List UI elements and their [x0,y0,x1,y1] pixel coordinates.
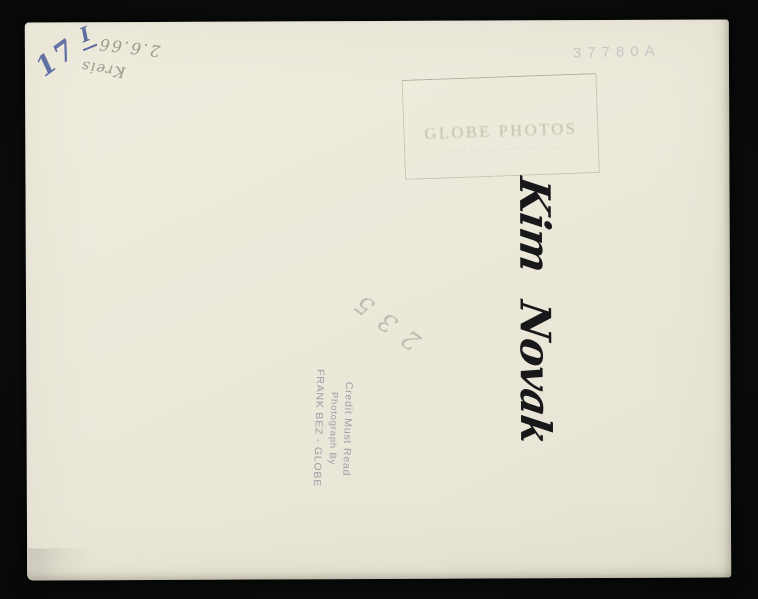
negative-serial-stamp: 37780A [573,41,723,62]
globe-photos-stamp: GLOBE PHOTOS ·· ····· ···· ··· ···· ··· … [402,73,600,180]
globe-stamp-title: GLOBE PHOTOS [404,118,598,145]
photo-card-back: 17 I 2.6.66 Kreis 37780A GLOBE PHOTOS ··… [25,19,731,580]
worn-corner-crease [28,548,116,579]
kim-novak-signature: Kim Novak [495,203,576,418]
photo-backdrop: 17 I 2.6.66 Kreis 37780A GLOBE PHOTOS ··… [0,0,758,599]
signature-text: Kim Novak [510,174,560,446]
credit-stamp: Credit Must Read Photograph By FRANK BEZ… [290,354,356,502]
pencil-number-annotation: 235 [329,262,445,364]
